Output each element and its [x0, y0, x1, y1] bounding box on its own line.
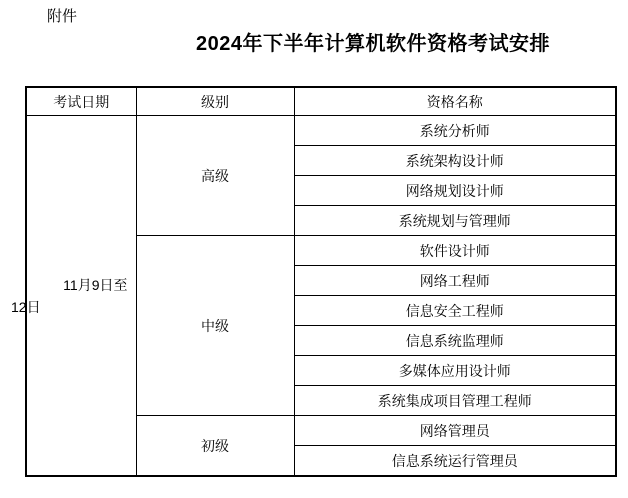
exam-date-cell: 11月9日至 12日 [26, 116, 136, 477]
page-title: 2024年下半年计算机软件资格考试安排 [196, 32, 550, 56]
level-cell-advanced: 高级 [136, 116, 294, 236]
table-row: 11月9日至 12日 高级 系统分析师 [26, 116, 616, 146]
qualification-cell: 系统规划与管理师 [294, 206, 616, 236]
qualification-cell: 信息系统运行管理员 [294, 446, 616, 477]
qualification-cell: 系统架构设计师 [294, 146, 616, 176]
qualification-cell: 系统分析师 [294, 116, 616, 146]
exam-date-text: 11月9日至 12日 [11, 274, 136, 318]
qualification-cell: 软件设计师 [294, 236, 616, 266]
attachment-label: 附件 [47, 8, 77, 25]
document-page: 附件 2024年下半年计算机软件资格考试安排 考试日期 级别 资格名称 11月9… [0, 0, 628, 498]
qualification-cell: 信息系统监理师 [294, 326, 616, 356]
level-cell-intermediate: 中级 [136, 236, 294, 416]
qualification-cell: 网络规划设计师 [294, 176, 616, 206]
column-header-exam-date: 考试日期 [26, 87, 136, 116]
level-cell-elementary: 初级 [136, 416, 294, 477]
qualification-cell: 多媒体应用设计师 [294, 356, 616, 386]
exam-date-line2: 12日 [11, 296, 136, 318]
qualification-cell: 网络管理员 [294, 416, 616, 446]
qualification-cell: 网络工程师 [294, 266, 616, 296]
exam-date-line1: 11月9日至 [11, 274, 136, 296]
exam-schedule-table: 考试日期 级别 资格名称 11月9日至 12日 高级 系统分析师 系统架构设计师 [25, 86, 617, 477]
qualification-cell: 信息安全工程师 [294, 296, 616, 326]
table-header-row: 考试日期 级别 资格名称 [26, 87, 616, 116]
qualification-cell: 系统集成项目管理工程师 [294, 386, 616, 416]
column-header-level: 级别 [136, 87, 294, 116]
column-header-qualification-name: 资格名称 [294, 87, 616, 116]
